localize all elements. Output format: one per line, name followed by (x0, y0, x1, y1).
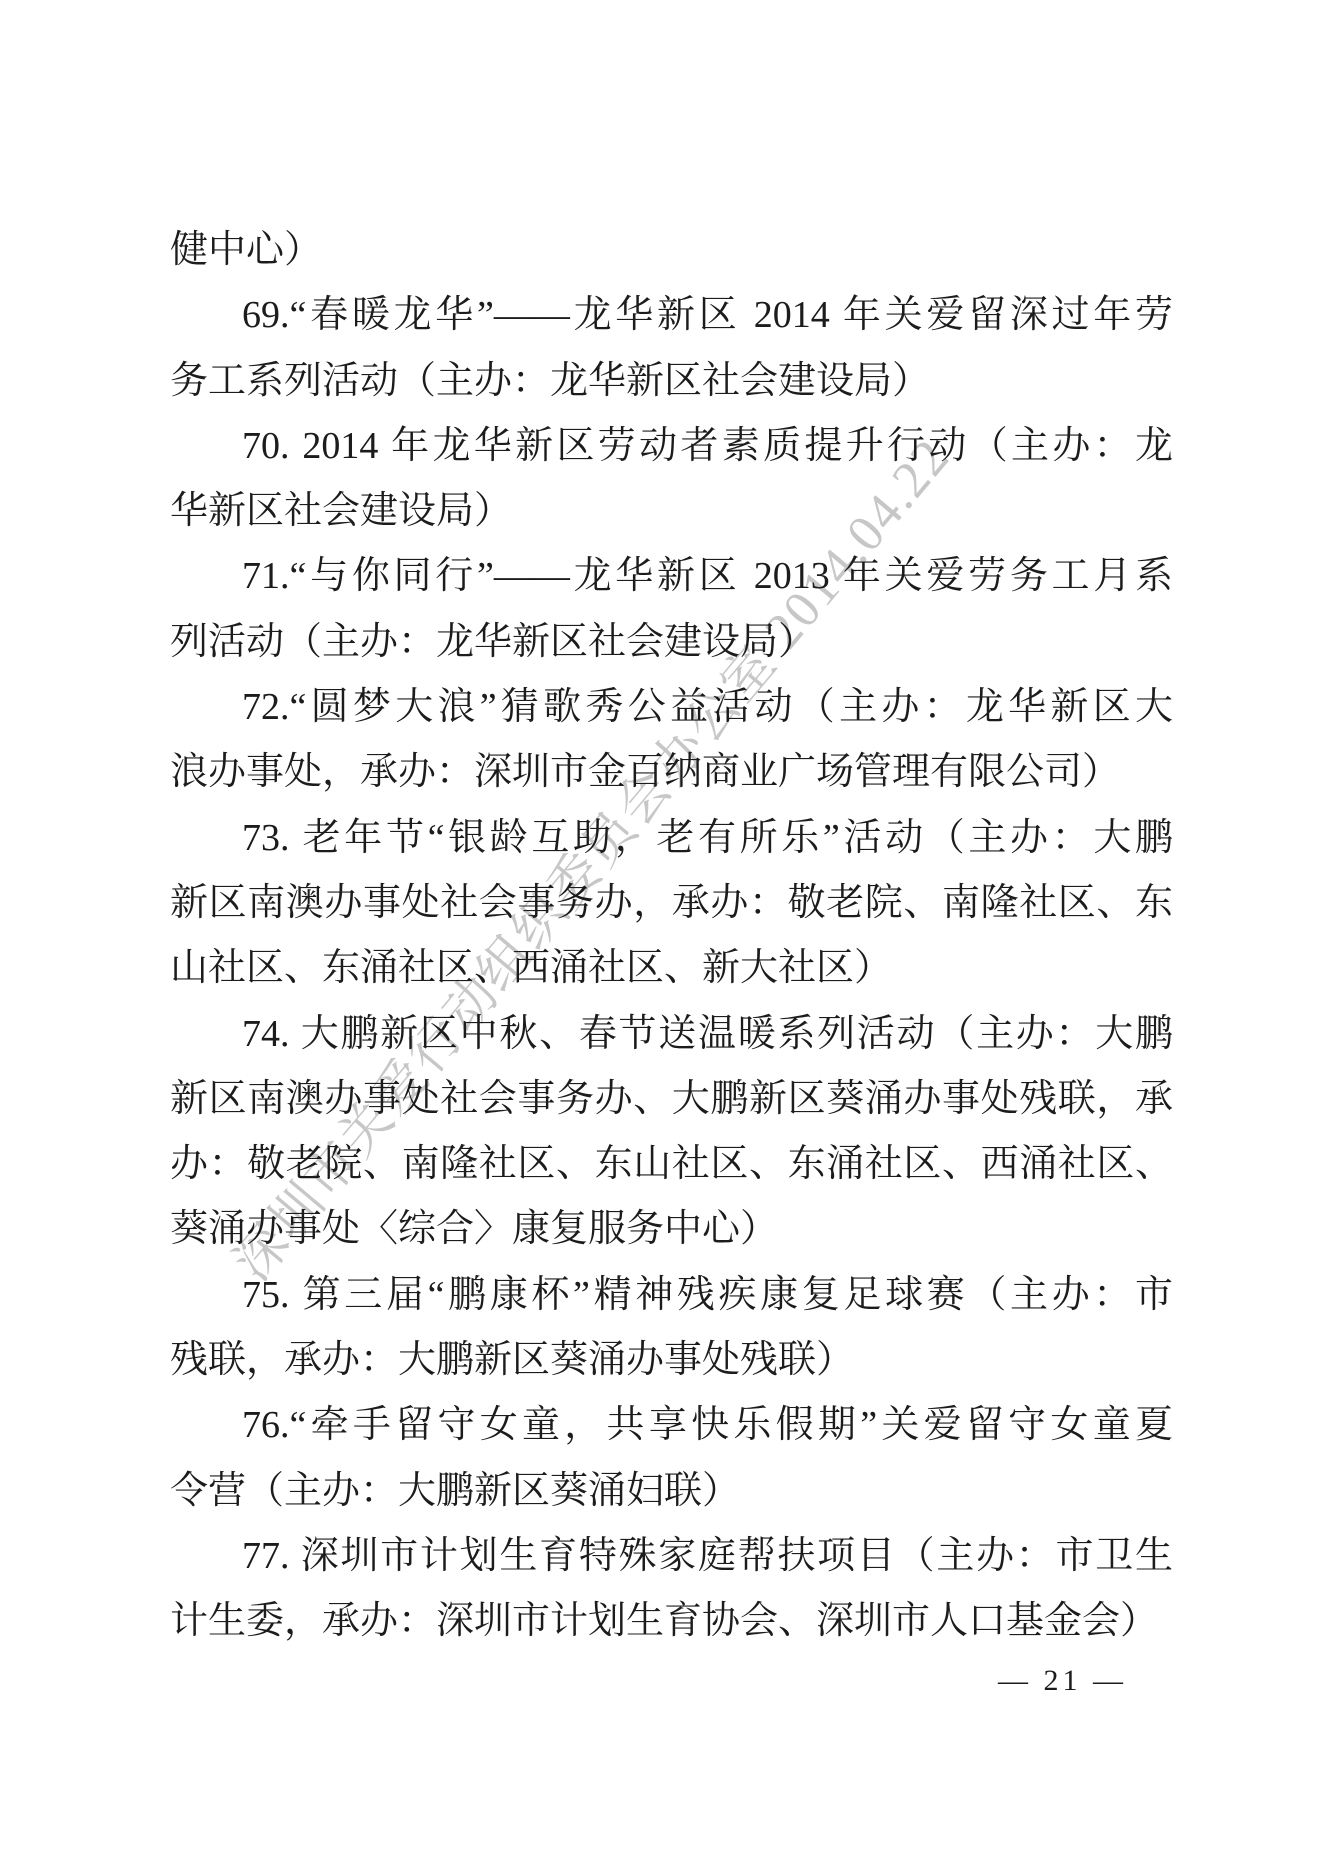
text-line: 74. 大鹏新区中秋、春节送温暖系列活动（主办：大鹏 (170, 1002, 1173, 1067)
text-line: 73. 老年节“银龄互助，老有所乐”活动（主办：大鹏 (170, 806, 1173, 871)
text-line: 72.“圆梦大浪”猜歌秀公益活动（主办：龙华新区大 (170, 675, 1173, 740)
text-line: 75. 第三届“鹏康杯”精神残疾康复足球赛（主办：市 (170, 1263, 1173, 1328)
text-line: 77. 深圳市计划生育特殊家庭帮扶项目（主办：市卫生 (170, 1524, 1173, 1589)
text-line: 69.“春暖龙华”——龙华新区 2014 年关爱留深过年劳 (170, 283, 1173, 348)
text-line: 残联，承办：大鹏新区葵涌办事处残联） (170, 1328, 1173, 1393)
text-line: 办：敬老院、南隆社区、东山社区、东涌社区、西涌社区、 (170, 1132, 1173, 1197)
text-line: 新区南澳办事处社会事务办、大鹏新区葵涌办事处残联，承 (170, 1067, 1173, 1132)
text-line: 列活动（主办：龙华新区社会建设局） (170, 610, 1173, 675)
text-line: 76.“牵手留守女童，共享快乐假期”关爱留守女童夏 (170, 1393, 1173, 1458)
text-line: 计生委，承办：深圳市计划生育协会、深圳市人口基金会） (170, 1589, 1173, 1654)
text-line: 新区南澳办事处社会事务办，承办：敬老院、南隆社区、东 (170, 871, 1173, 936)
document-page: 深圳市关爱行动组织委员会办公室 2014.04.22 健中心）69.“春暖龙华”… (0, 0, 1323, 1871)
text-line: 山社区、东涌社区、西涌社区、新大社区） (170, 936, 1173, 1001)
text-line: 华新区社会建设局） (170, 479, 1173, 544)
text-line: 务工系列活动（主办：龙华新区社会建设局） (170, 349, 1173, 414)
text-line: 71.“与你同行”——龙华新区 2013 年关爱劳务工月系 (170, 544, 1173, 609)
document-lines: 健中心）69.“春暖龙华”——龙华新区 2014 年关爱留深过年劳务工系列活动（… (170, 218, 1173, 1655)
page-number: — 21 — (998, 1664, 1127, 1698)
text-line: 浪办事处，承办：深圳市金百纳商业广场管理有限公司） (170, 740, 1173, 805)
text-line: 健中心） (170, 218, 1173, 283)
text-line: 70. 2014 年龙华新区劳动者素质提升行动（主办：龙 (170, 414, 1173, 479)
text-line: 令营（主办：大鹏新区葵涌妇联） (170, 1459, 1173, 1524)
text-line: 葵涌办事处〈综合〉康复服务中心） (170, 1197, 1173, 1262)
